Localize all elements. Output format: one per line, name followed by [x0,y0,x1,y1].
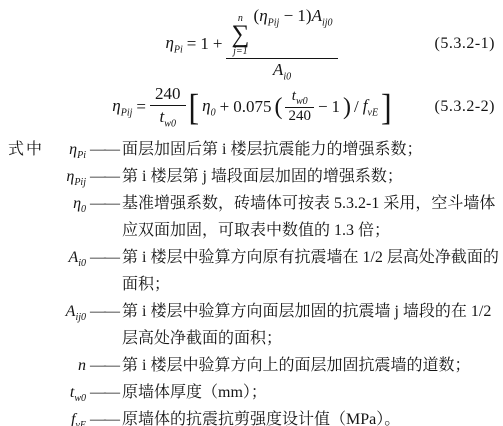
eq1-fraction: n ∑ j=1 (ηPij − 1)Aij0 Ai0 [226,6,337,82]
definition-row-n: n —— 第 i 楼层中验算方向上的面层加固抗震墙的道数； [0,352,503,379]
definition-dash: —— [86,163,122,190]
definition-row-eta-pi: 式中 ηPi —— 面层加固后第 i 楼层抗震能力的增强系数； [0,136,503,163]
definition-text: 第 i 楼层中验算方向原有抗震墙在 1/2 层高处净截面的面积； [122,244,503,298]
where-label: 式中 [0,136,52,163]
equation-2-formula: ηPij = 240 tw0 [ η0 + 0.075 ( tw0 240 − … [110,84,392,129]
equation-1-formula: ηPi = 1 + n ∑ j=1 (ηPij − 1)Aij0 [163,6,339,82]
symbol-eta-0: η0 [52,190,86,217]
sigma-icon: ∑ [231,24,249,47]
definition-dash: —— [86,190,122,217]
left-bracket: [ [189,88,200,125]
summation-symbol: n ∑ j=1 [231,14,249,57]
document-page: ηPi = 1 + n ∑ j=1 (ηPij − 1)Aij0 [0,0,503,426]
eq1-plus: + [213,34,223,54]
definition-dash: —— [86,406,122,426]
symbol-eta-pi: ηPi [52,136,86,163]
symbol-n: n [52,352,86,379]
definition-row-eta-0: η0 —— 基准增强系数，砖墙体可按表 5.3.2-1 采用，空斗墙体应双面加固… [0,190,503,244]
right-paren: ) [343,95,351,119]
eq1-lhs: ηPi [165,33,182,55]
eq1-denominator: Ai0 [226,59,337,82]
eq2-fvE: fvE [363,96,378,118]
definition-text: 第 i 楼层中验算方向上的面层加固抗震墙的道数； [122,352,503,379]
eq2-minus: − [318,97,328,117]
definition-row-A-i0: Ai0 —— 第 i 楼层中验算方向原有抗震墙在 1/2 层高处净截面的面积； [0,244,503,298]
definition-text: 第 i 楼层第 j 墙段面层加固的增强系数； [122,163,503,190]
symbol-A-ij0: Aij0 [52,298,86,325]
eq1-numerator-term: (ηPij − 1)Aij0 [254,6,333,25]
definition-row-A-ij0: Aij0 —— 第 i 楼层中验算方向面层加固的抗震墙 j 墙段的在 1/2 层… [0,298,503,352]
definition-dash: —— [86,379,122,406]
equation-1: ηPi = 1 + n ∑ j=1 (ηPij − 1)Aij0 [0,6,503,82]
eq2-eta0: η0 [202,96,215,118]
definition-row-eta-pij: ηPij —— 第 i 楼层第 j 墙段面层加固的增强系数； [0,163,503,190]
definition-dash: —— [86,298,122,325]
definition-text: 第 i 楼层中验算方向面层加固的抗震墙 j 墙段的在 1/2 层高处净截面的面积… [122,298,503,352]
definition-text: 原墙体的抗震抗剪强度设计值（MPa）。 [122,406,503,426]
eq2-inner-fraction: tw0 240 [285,88,314,125]
eq1-numerator: n ∑ j=1 (ηPij − 1)Aij0 [226,6,337,59]
symbol-tw0: tw0 [52,379,86,406]
definition-row-fvE: fvE —— 原墙体的抗震抗剪强度设计值（MPa）。 [0,406,503,426]
left-paren: ( [274,95,282,119]
definition-text: 基准增强系数，砖墙体可按表 5.3.2-1 采用，空斗墙体应双面加固，可取表中数… [122,190,503,244]
eq2-lhs: ηPij [112,96,132,118]
eq2-plus: + [220,97,230,117]
symbol-definitions: 式中 ηPi —— 面层加固后第 i 楼层抗震能力的增强系数； ηPij —— … [0,136,503,426]
equation-1-number: (5.3.2-1) [435,35,495,53]
definition-text: 面层加固后第 i 楼层抗震能力的增强系数； [122,136,503,163]
symbol-eta-pij: ηPij [52,163,86,190]
equation-2-number: (5.3.2-2) [435,98,495,116]
eq2-coef: 0.075 [233,97,271,117]
eq1-one: 1 [200,34,209,54]
equation-2: ηPij = 240 tw0 [ η0 + 0.075 ( tw0 240 − … [0,84,503,130]
definition-text: 原墙体厚度（mm）； [122,379,503,406]
eq2-slash: / [354,97,359,117]
definition-row-tw0: tw0 —— 原墙体厚度（mm）； [0,379,503,406]
symbol-fvE: fvE [52,406,86,426]
eq2-one: 1 [332,97,341,117]
eq2-equals: = [136,97,146,117]
right-bracket: ] [381,88,392,125]
symbol-A-i0: Ai0 [52,244,86,271]
eq1-equals: = [187,34,197,54]
definition-dash: —— [86,244,122,271]
definition-dash: —— [86,136,122,163]
definition-dash: —— [86,352,122,379]
eq2-lead-fraction: 240 tw0 [150,84,186,129]
